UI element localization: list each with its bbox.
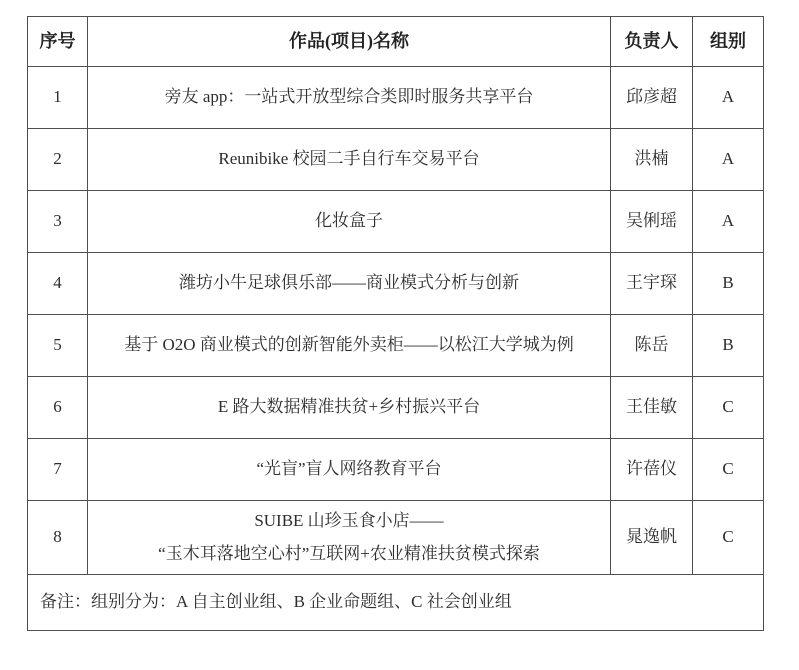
- cell-leader: 吴俐瑶: [611, 191, 693, 253]
- cell-leader: 陈岳: [611, 315, 693, 377]
- note-cell: 备注：组别分为：A 自主创业组、B 企业命题组、C 社会创业组: [28, 575, 764, 631]
- table-row: 4 潍坊小牛足球俱乐部——商业模式分析与创新 王宇琛 B: [28, 253, 764, 315]
- table-row: 5 基于 O2O 商业模式的创新智能外卖柜——以松江大学城为例 陈岳 B: [28, 315, 764, 377]
- cell-serial: 7: [28, 439, 88, 501]
- cell-title: 基于 O2O 商业模式的创新智能外卖柜——以松江大学城为例: [88, 315, 611, 377]
- cell-serial: 1: [28, 67, 88, 129]
- cell-title: E 路大数据精准扶贫+乡村振兴平台: [88, 377, 611, 439]
- cell-group: A: [693, 67, 764, 129]
- cell-title: SUIBE 山珍玉食小店—— “玉木耳落地空心村”互联网+农业精准扶贫模式探索: [88, 501, 611, 575]
- header-leader: 负责人: [611, 17, 693, 67]
- cell-serial: 4: [28, 253, 88, 315]
- cell-title: 潍坊小牛足球俱乐部——商业模式分析与创新: [88, 253, 611, 315]
- cell-group: B: [693, 253, 764, 315]
- table-row: 6 E 路大数据精准扶贫+乡村振兴平台 王佳敏 C: [28, 377, 764, 439]
- cell-group: A: [693, 129, 764, 191]
- cell-group: C: [693, 501, 764, 575]
- header-group: 组别: [693, 17, 764, 67]
- document-page: 序号 作品(项目)名称 负责人 组别 1 旁友 app：一站式开放型综合类即时服…: [0, 0, 799, 670]
- cell-group: B: [693, 315, 764, 377]
- cell-leader: 晁逸帆: [611, 501, 693, 575]
- project-table: 序号 作品(项目)名称 负责人 组别 1 旁友 app：一站式开放型综合类即时服…: [27, 16, 764, 631]
- note-row: 备注：组别分为：A 自主创业组、B 企业命题组、C 社会创业组: [28, 575, 764, 631]
- cell-serial: 5: [28, 315, 88, 377]
- cell-leader: 王佳敏: [611, 377, 693, 439]
- cell-title: Reunibike 校园二手自行车交易平台: [88, 129, 611, 191]
- table-row: 8 SUIBE 山珍玉食小店—— “玉木耳落地空心村”互联网+农业精准扶贫模式探…: [28, 501, 764, 575]
- cell-serial: 2: [28, 129, 88, 191]
- header-serial: 序号: [28, 17, 88, 67]
- table-row: 7 “光盲”盲人网络教育平台 许蓓仪 C: [28, 439, 764, 501]
- cell-leader: 许蓓仪: [611, 439, 693, 501]
- table-row: 2 Reunibike 校园二手自行车交易平台 洪楠 A: [28, 129, 764, 191]
- cell-title: 化妆盒子: [88, 191, 611, 253]
- cell-title: 旁友 app：一站式开放型综合类即时服务共享平台: [88, 67, 611, 129]
- cell-leader: 王宇琛: [611, 253, 693, 315]
- cell-serial: 3: [28, 191, 88, 253]
- cell-group: C: [693, 439, 764, 501]
- header-row: 序号 作品(项目)名称 负责人 组别: [28, 17, 764, 67]
- cell-serial: 8: [28, 501, 88, 575]
- cell-group: C: [693, 377, 764, 439]
- table-row: 1 旁友 app：一站式开放型综合类即时服务共享平台 邱彦超 A: [28, 67, 764, 129]
- table-row: 3 化妆盒子 吴俐瑶 A: [28, 191, 764, 253]
- cell-leader: 洪楠: [611, 129, 693, 191]
- cell-serial: 6: [28, 377, 88, 439]
- cell-title: “光盲”盲人网络教育平台: [88, 439, 611, 501]
- cell-leader: 邱彦超: [611, 67, 693, 129]
- cell-group: A: [693, 191, 764, 253]
- header-title: 作品(项目)名称: [88, 17, 611, 67]
